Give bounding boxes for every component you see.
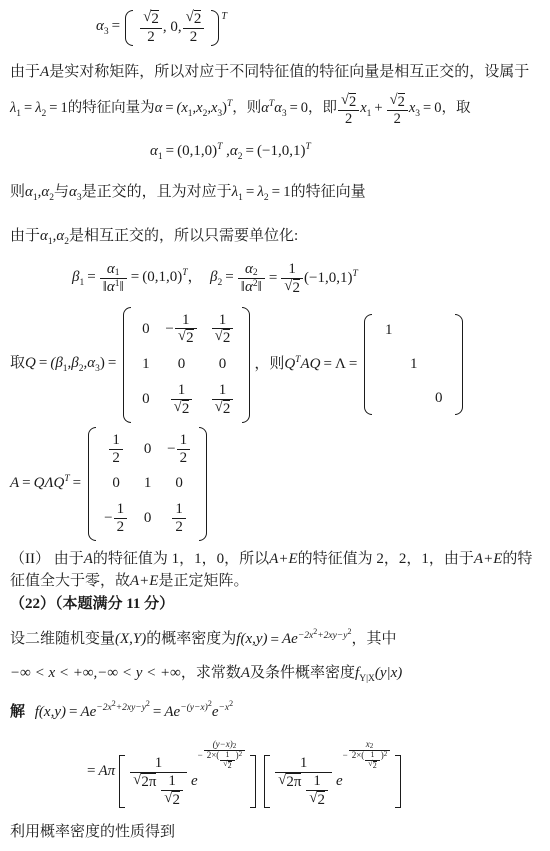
eq-alpha1-alpha2: α1=(0,1,0)T ,α2=(−1,0,1)T <box>150 141 540 164</box>
e-base: e <box>191 771 198 792</box>
frac-sqrt2-over-2: √22 <box>387 93 408 127</box>
right-paren <box>211 10 219 46</box>
bracket-term-1: 1 √2π 1√2 e − (y−x)2 2×(1√2)2 <box>117 729 258 814</box>
eq-gaussian-product: =Aπ 1 √2π 1√2 e − (y−x)2 2×(1√2)2 1 √2π … <box>84 729 540 814</box>
frac-alpha1-over-norm: α1 ‖α1‖ <box>100 261 127 296</box>
right-bracket <box>395 755 401 808</box>
transpose-sup: T <box>221 10 227 24</box>
paren-group: √22 , 0, √22 <box>125 8 219 48</box>
matrix-Q: 0 −1√2 1√2 1 0 0 0 1√2 1√2 <box>123 307 250 423</box>
right-paren <box>199 427 207 541</box>
problem-22-heading: （22）（本题满分 11 分） <box>10 594 540 615</box>
left-paren <box>364 314 372 415</box>
e-base: e <box>336 771 343 792</box>
para-solution-start: 解 f(x,y)=Ae−2x2+2xy−y2=Ae−(y−x)2e−x2 <box>10 698 540 723</box>
left-bracket <box>119 755 125 808</box>
left-bracket <box>264 755 270 808</box>
eq-A-reconstruction: A=QΛQT= 12 0 −12 0 1 0 −12 0 12 <box>10 427 540 541</box>
para-problem-statement: 设二维随机变量(X,Y)的概率密度为f(x,y)=Ae−2x2+2xy−y2，其… <box>10 625 540 650</box>
frac-gauss-norm: 1 √2π 1√2 <box>130 755 187 808</box>
bracket-term-2: 1 √2π 1√2 e − x2 2×(1√2)2 <box>262 729 403 814</box>
para-symmetric-matrix: 由于A是实对称矩阵，所以对应于不同特征值的特征向量是相互正交的，设属于 <box>10 62 540 83</box>
frac-sqrt2-over-2: √22 <box>338 93 359 127</box>
frac-gauss-norm: 1 √2π 1√2 <box>275 755 332 808</box>
frac-sqrt2-over-2: √22 <box>140 10 162 46</box>
para-orthogonal: 则α1,α2与α3是正交的，且为对应于λ1=λ2=1的特征向量 <box>10 182 540 205</box>
document-page: α3= √22 , 0, √22 T 由于A是实对称矩阵，所以对应于不同特征值的… <box>0 0 550 851</box>
eq-Q-diagonalization: 取Q=(β1,β2,α3)= 0 −1√2 1√2 1 0 0 0 1√2 1√… <box>10 307 540 423</box>
left-paren <box>125 10 133 46</box>
exponent-2: − x2 2×(1√2)2 <box>343 740 392 770</box>
left-paren <box>88 427 96 541</box>
para-normalize: 由于α1,α2是相互正交的，所以只需要单位化: <box>10 226 540 249</box>
right-paren <box>455 314 463 415</box>
frac-sqrt2-over-2: √22 <box>183 10 205 46</box>
frac-alpha2-over-norm: α2 ‖α2‖ <box>238 261 265 296</box>
para-part2-conclusion: （II） 由于A的特征值为 1，1，0，所以A+E的特征值为 2，2，1，由于A… <box>10 549 540 593</box>
matrix-A: 12 0 −12 0 1 0 −12 0 12 <box>88 427 207 541</box>
left-paren <box>123 307 131 423</box>
para-lambda-eigenvector: λ1=λ2=1的特征向量为α=(x1,x2,x3)T，则αTα3=0，即 √22… <box>10 93 540 127</box>
eq-alpha3-vector: α3= √22 , 0, √22 T <box>96 8 540 48</box>
matrix-Lambda: 1 1 0 <box>364 314 463 415</box>
right-paren <box>242 307 250 423</box>
right-bracket <box>250 755 256 808</box>
frac-1-over-sqrt2: 1√2 <box>281 261 303 297</box>
para-domain-question: −∞ < x < +∞,−∞ < y < +∞，求常数A及条件概率密度fY|X(… <box>10 663 540 686</box>
exponent-1: − (y−x)2 2×(1√2)2 <box>198 740 247 770</box>
para-density-property: 利用概率密度的性质得到 <box>10 822 540 843</box>
eq-beta-vectors: β1= α1 ‖α1‖ =(0,1,0)T， β2= α2 ‖α2‖ = 1√2… <box>72 261 540 297</box>
